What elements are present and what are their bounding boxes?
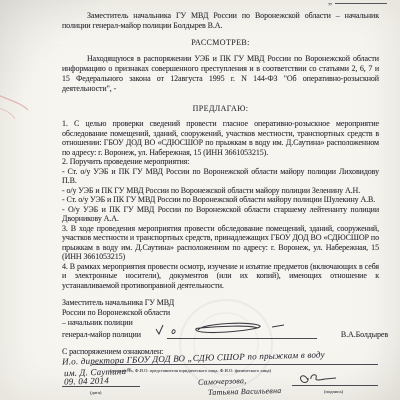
handwritten-date: 09. 04 2014 [64, 375, 109, 386]
acknowledgement-section: С распоряжением ознакомлен: И.о. директо… [62, 347, 379, 399]
order-item: - Ст. о/у УЭБ и ПК ГУ МВД России по Воро… [62, 167, 379, 186]
order-item: - Ст. о/у УЭБ и ПК ГУ МВД России по Воро… [62, 195, 379, 205]
top-fragment-line [335, 0, 387, 4]
signatory-name: В.А.Болдырев [341, 330, 388, 340]
intro-paragraph: Заместитель начальника ГУ МВД России по … [62, 11, 379, 31]
order-item: 4. В рамках мероприятия провести осмотр,… [62, 262, 379, 291]
order-item: 2. Поручить проведение мероприятия: [62, 157, 379, 167]
red-pen-mark [0, 92, 32, 124]
position-underline [92, 364, 378, 365]
sign-underline [292, 385, 378, 386]
scanned-document-page: „ Заместитель начальника ГУ МВД России п… [0, 0, 400, 400]
sign-caption: (подпись) [324, 387, 343, 397]
handwritten-surname: Самочерзова, [198, 376, 247, 388]
top-cutoff-date-fragment: „ [328, 0, 387, 6]
signatory-line: России по Воронежской области [62, 308, 379, 318]
rassmotrev-heading: РАССМОТРЕВ: [62, 38, 379, 48]
date-caption: (дата) [90, 388, 101, 398]
rank-signature-row: генерал-майор полиции В.А.Болдырев [62, 328, 379, 340]
document-body: Заместитель начальника ГУ МВД России по … [62, 11, 379, 399]
handwritten-given-names: Татьяна Васильевна [208, 386, 282, 398]
signatory-block: Заместитель начальника ГУ МВД России по … [62, 298, 379, 340]
considered-paragraph: Находящуюся в распоряжении УЭБ и ПК ГУ М… [62, 54, 379, 94]
predlagayu-heading: ПРЕДЛАГАЮ: [62, 104, 379, 114]
order-item: 3. В ходе проведения мероприятия провест… [62, 224, 379, 262]
position-caption: (должность, Ф.И.О. представителя юридиче… [110, 366, 271, 376]
rank-label: генерал-майор полиции [62, 330, 141, 340]
boldyrev-signature-scribble-icon [150, 319, 330, 339]
top-fragment-quote: „ [328, 0, 332, 6]
order-item: - о/у УЭБ и ПК ГУ МВД России по Воронежс… [62, 186, 379, 196]
signatory-line: Заместитель начальника ГУ МВД [62, 298, 379, 308]
order-item: 1. С целью проверки сведений провести гл… [62, 119, 379, 157]
order-items: 1. С целью проверки сведений провести гл… [62, 119, 379, 290]
order-item: - О/у УЭБ и ПК ГУ МВД России по Воронежс… [62, 205, 379, 224]
date-underline [62, 386, 140, 387]
